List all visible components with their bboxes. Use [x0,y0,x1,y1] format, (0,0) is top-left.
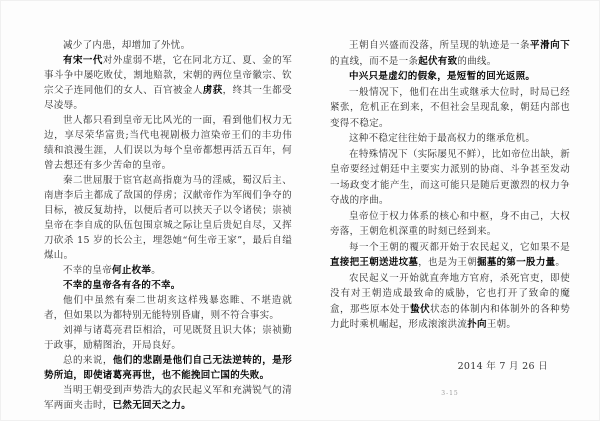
bold-text-run: 不幸的皇帝各有各的不幸。 [63,280,181,291]
page-right: 王朝自兴盛而没落，所呈现的轨迹是一条平滑向下的直线，而不是一条起伏有致的曲线。中… [330,38,570,374]
bold-text-run: 直接把王朝送进坟墓 [330,257,418,268]
text-run: 王朝。 [487,319,516,330]
scanned-document-spread: 减少了内患，却增加了外忧。有宋一代对外虚弱不堪，它在同北方辽、夏、金的军事斗争中… [0,0,600,421]
text-run: 。 [555,257,565,268]
bold-text-run: 何止枚举 [112,265,151,276]
text-run: ，也是为王朝 [418,257,477,268]
paragraph: 刘禅与诸葛亮君臣相洽，可见既贤且识大体；崇祯勤于政事，励精图治，开局良好。 [44,323,292,353]
paragraph: 世人都只看到皇帝无比风光的一面，看到他们权力无边，享尽荣华富贵;当代电视剧极力渲… [44,113,292,173]
text-run: 的曲线。 [457,56,496,67]
paragraph: 中兴只是虚幻的假象，是短暂的回光返照。 [330,69,570,85]
bold-text-run: 掘墓的第一股力量 [477,257,555,268]
page-number-right: 3-15 [330,390,570,397]
page-right-body: 王朝自兴盛而没落，所呈现的轨迹是一条平滑向下的直线，而不是一条起伏有致的曲线。中… [330,38,570,333]
text-run: 皇帝位于权力体系的核心和中枢，身不由己，大权旁落，王朝危机深重的时刻已经到来。 [330,211,570,238]
paragraph: 皇帝位于权力体系的核心和中枢，身不由己，大权旁落，王朝危机深重的时刻已经到来。 [330,209,570,240]
paragraph: 他们中虽然有秦二世胡亥这样残暴恣睢、不堪造就者，但如果以为都特别无能特别昏庸，则… [44,293,292,323]
text-run: 刘禅与诸葛亮君臣相洽，可见既贤且识大体；崇祯勤于政事，励精图治，开局良好。 [44,325,292,351]
page-left: 减少了内患，却增加了外忧。有宋一代对外虚弱不堪，它在同北方辽、夏、金的军事斗争中… [44,38,292,413]
signature-date: 2014 年 7 月 26 日 [330,359,570,375]
text-run: 不幸的皇帝 [63,265,112,276]
bold-text-run: 中兴只是虚幻的假象，是短暂的回光返照。 [349,71,535,82]
text-run: 在特殊情况下（实际屡见不鲜），比如帝位出缺，新皇帝要经过朝廷中主要实力派别的协商… [330,149,570,207]
paragraph: 这种不稳定往往始于最高权力的继承危机。 [330,131,570,147]
text-run: 的直线，而不是一条 [330,56,418,67]
bold-text-run: 已然无回天之力。 [113,400,191,411]
text-run: 减少了内患，却增加了外忧。 [63,40,190,51]
text-run: 一般情况下，他们在出生或继承大位时，时局已经紧张，危机正在到来，不但社会呈现乱象… [330,87,570,129]
text-run: 每一个王朝的覆灭都开始于农民起义，它如果不是 [349,242,570,253]
paragraph: 不幸的皇帝何止枚举。 [44,263,292,278]
bold-text-run: 蛰伏 [410,304,430,315]
paragraph: 在特殊情况下（实际屡见不鲜），比如帝位出缺，新皇帝要经过朝廷中主要实力派别的协商… [330,147,570,209]
paragraph: 农民起义一开始就直奔地方官府，杀死官吏，即使没有对王朝造成最致命的威胁，它也打开… [330,271,570,333]
paragraph: 当明王朝受到声势浩大的农民起义军和充满锐气的清军两面夹击时，已然无回天之力。 [44,383,292,413]
bold-text-run: 虏获 [203,85,223,96]
text-run: 王朝自兴盛而没落，所呈现的轨迹是一条 [349,40,530,51]
text-run: 总的来说， [63,355,113,366]
paragraph: 秦二世屈服于宦官赵高指鹿为马的淫威，蜀汉后主、南唐李后主都成了敌国的俘虏；汉献帝… [44,173,292,263]
paragraph: 每一个王朝的覆灭都开始于农民起义，它如果不是直接把王朝送进坟墓，也是为王朝掘墓的… [330,240,570,271]
paragraph: 总的来说，他们的悲剧是他们自己无法逆转的，是形势所迫，即使诸葛亮再世，也不能挽回… [44,353,292,383]
paragraph: 有宋一代对外虚弱不堪，它在同北方辽、夏、金的军事斗争中屡吃败仗，割地赔款，宋朝的… [44,53,292,113]
text-run: 这种不稳定往往始于最高权力的继承危机。 [349,133,535,144]
paragraph: 一般情况下，他们在出生或继承大位时，时局已经紧张，危机正在到来，不但社会呈现乱象… [330,85,570,132]
paragraph: 减少了内患，却增加了外忧。 [44,38,292,53]
text-run: 世人都只看到皇帝无比风光的一面，看到他们权力无边，享尽荣华富贵;当代电视剧极力渲… [44,115,292,171]
bold-text-run: 平滑向下 [530,40,570,51]
text-run: 。 [151,265,161,276]
bold-text-run: 起伏有致 [418,56,457,67]
bold-text-run: 有宋一代 [63,55,103,66]
bold-text-run: 扑向 [467,319,487,330]
text-run: 秦二世屈服于宦官赵高指鹿为马的淫威，蜀汉后主、南唐李后主都成了敌国的俘虏；汉献帝… [44,175,292,261]
paragraph: 不幸的皇帝各有各的不幸。 [44,278,292,293]
paragraph: 王朝自兴盛而没落，所呈现的轨迹是一条平滑向下的直线，而不是一条起伏有致的曲线。 [330,38,570,69]
text-run: 他们中虽然有秦二世胡亥这样残暴恣睢、不堪造就者，但如果以为都特别无能特别昏庸，则… [44,295,292,321]
page-number-left: 3-14 [44,390,292,397]
